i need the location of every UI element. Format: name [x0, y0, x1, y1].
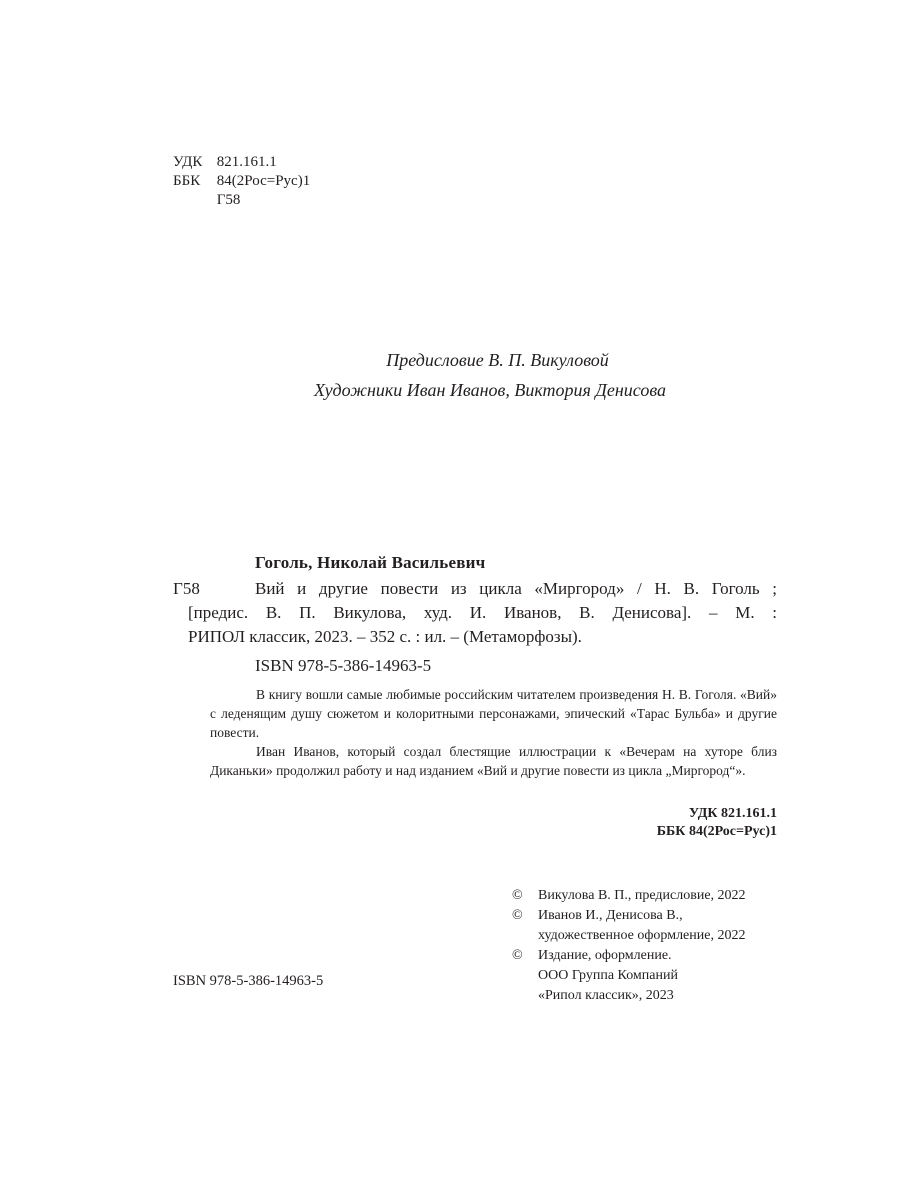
- copyright-icon: ©: [512, 946, 538, 1006]
- author-mark: Г58: [217, 192, 241, 208]
- biblio-author-mark: Г58: [173, 579, 200, 599]
- copyright-line: Викулова В. П., предисловие, 2022: [538, 886, 746, 906]
- bbk-row: ББК 84(2Рос=Рус)1: [173, 172, 310, 191]
- copyright-entry: © Иванов И., Денисова В., художественное…: [512, 906, 746, 946]
- classification-top: УДК 821.161.1 ББК 84(2Рос=Рус)1 Г58: [173, 153, 310, 210]
- classification-bottom: УДК 821.161.1 ББК 84(2Рос=Рус)1: [657, 805, 777, 841]
- copyright-line: ООО Группа Компаний: [538, 966, 678, 986]
- preface-credit: Предисловие В. П. Викуловой: [0, 345, 900, 375]
- copyright-line: «Рипол классик», 2023: [538, 986, 678, 1006]
- biblio-description: Вий и другие повести из цикла «Миргород»…: [255, 577, 777, 649]
- annotation: В книгу вошли самые любимые российским ч…: [210, 685, 777, 780]
- copyright-line: Издание, оформление.: [538, 946, 678, 966]
- udk-value: 821.161.1: [217, 154, 277, 170]
- annotation-paragraph: В книгу вошли самые любимые российским ч…: [210, 685, 777, 742]
- copyright-icon: ©: [512, 906, 538, 946]
- bbk-label: ББК: [173, 172, 213, 191]
- udk-label: УДК: [173, 153, 213, 172]
- illustrators-credit: Художники Иван Иванов, Виктория Денисова: [0, 375, 900, 405]
- copyright-line: Иванов И., Денисова В.,: [538, 906, 745, 926]
- annotation-paragraph: Иван Иванов, который создал блестящие ил…: [210, 742, 777, 780]
- copyright-entry: © Издание, оформление. ООО Группа Компан…: [512, 946, 746, 1006]
- biblio-line: РИПОЛ классик, 2023. – 352 с. : ил. – (М…: [188, 625, 777, 649]
- biblio-line: [предис. В. П. Викулова, худ. И. Иванов,…: [188, 601, 777, 625]
- udk-row: УДК 821.161.1: [173, 153, 310, 172]
- isbn-bottom: ISBN 978-5-386-14963-5: [173, 973, 323, 990]
- copyright-line: художественное оформление, 2022: [538, 926, 745, 946]
- copyright-block: © Викулова В. П., предисловие, 2022 © Ив…: [512, 886, 746, 1006]
- biblio-isbn: ISBN 978-5-386-14963-5: [255, 656, 431, 676]
- biblio-author-heading: Гоголь, Николай Васильевич: [255, 553, 485, 573]
- copyright-icon: ©: [512, 886, 538, 906]
- copyright-entry: © Викулова В. П., предисловие, 2022: [512, 886, 746, 906]
- bbk-bottom: ББК 84(2Рос=Рус)1: [657, 823, 777, 841]
- bbk-value: 84(2Рос=Рус)1: [217, 173, 310, 189]
- udk-bottom: УДК 821.161.1: [657, 805, 777, 823]
- biblio-line: Вий и другие повести из цикла «Миргород»…: [255, 577, 777, 601]
- author-mark-row: Г58: [173, 191, 310, 210]
- credits: Предисловие В. П. Викуловой Художники Ив…: [0, 345, 900, 405]
